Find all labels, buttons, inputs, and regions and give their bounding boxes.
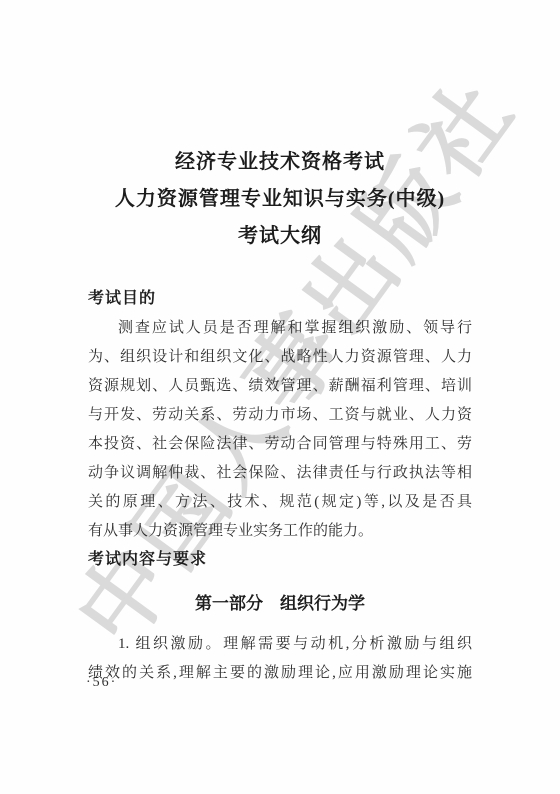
- paragraph-line: 关的原理、方法、技术、规范(规定)等,以及是否具: [88, 488, 472, 517]
- page-content: 经济专业技术资格考试 人力资源管理专业知识与实务(中级) 考试大纲 考试目的 测…: [0, 0, 560, 688]
- paragraph-line: 为、组织设计和组织文化、战略性人力资源管理、人力: [88, 343, 472, 372]
- doc-title-line-1: 经济专业技术资格考试: [88, 144, 472, 181]
- paragraph-line: 有从事人力资源管理专业实务工作的能力。: [88, 517, 472, 546]
- paragraph-line: 动争议调解仲裁、社会保险、法律责任与行政执法等相: [88, 459, 472, 488]
- paragraph-line: 1. 组织激励。理解需要与动机,分析激励与组织: [88, 630, 472, 659]
- paragraph-line: 本投资、社会保险法律、劳动合同管理与特殊用工、劳: [88, 430, 472, 459]
- exam-purpose-paragraph: 测查应试人员是否理解和掌握组织激励、领导行 为、组织设计和组织文化、战略性人力资…: [88, 314, 472, 546]
- doc-title-line-2: 人力资源管理专业知识与实务(中级): [88, 181, 472, 218]
- section-heading-exam-purpose: 考试目的: [88, 288, 472, 310]
- part-one-heading: 第一部分 组织行为学: [88, 592, 472, 616]
- doc-title-line-3: 考试大纲: [88, 218, 472, 255]
- item-1-paragraph: 1. 组织激励。理解需要与动机,分析激励与组织 绩效的关系,理解主要的激励理论,…: [88, 630, 472, 688]
- document-page: 中国人事出版社 经济专业技术资格考试 人力资源管理专业知识与实务(中级) 考试大…: [0, 0, 560, 794]
- paragraph-line: 与开发、劳动关系、劳动力市场、工资与就业、人力资: [88, 401, 472, 430]
- page-number: ·56·: [86, 675, 117, 691]
- paragraph-line: 资源规划、人员甄选、绩效管理、薪酬福利管理、培训: [88, 372, 472, 401]
- paragraph-line: 绩效的关系,理解主要的激励理论,应用激励理论实施: [88, 659, 472, 688]
- doc-title: 经济专业技术资格考试 人力资源管理专业知识与实务(中级) 考试大纲: [88, 0, 472, 255]
- paragraph-line: 测查应试人员是否理解和掌握组织激励、领导行: [88, 314, 472, 343]
- section-heading-exam-content: 考试内容与要求: [88, 549, 472, 571]
